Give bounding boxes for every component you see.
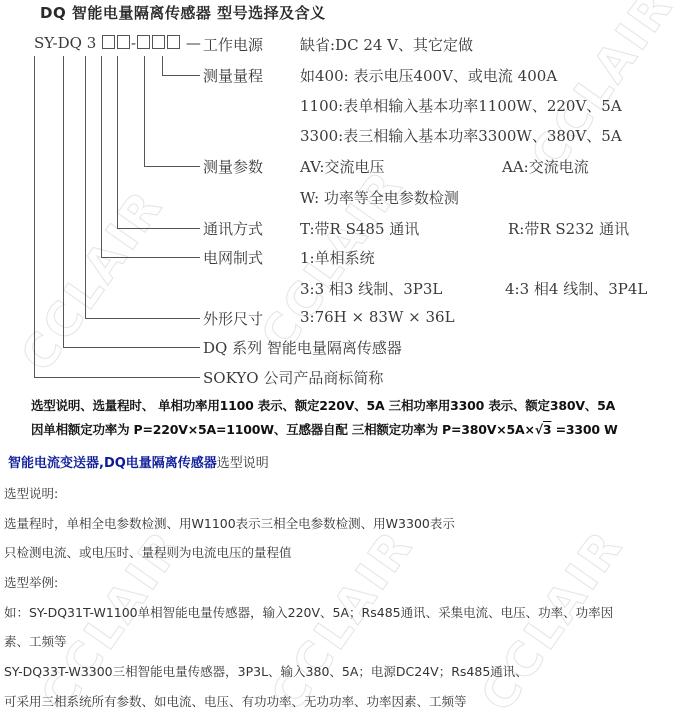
row-params-aa: AA:交流电流 [502,156,589,177]
row-comm-t: T:带R S485 通讯 [300,218,419,239]
placeholder-box [167,35,180,49]
note-line-2-end: =3300 W [551,422,617,437]
note-line-2: 因单相额定功率为 P=220V×5A=1100W、互感器自配 三相额定功率为 P… [31,420,618,438]
row-range-1100: 1100:表单相输入基本功率1100W、220V、5A [300,95,622,116]
row-range-value: 如400: 表示电压400V、或电流 400A [300,65,557,86]
watermark: CCLAIR [520,0,684,181]
row-comm-label: 通讯方式 [203,218,263,239]
row-grid-label: 电网制式 [203,247,263,268]
tree-line [85,56,86,318]
tree-line [63,56,64,347]
paragraph: 只检测电流、或电压时、量程则为电流电压的量程值 [4,543,292,561]
tree-line [144,166,200,167]
row-params-av: AV:交流电压 [300,156,384,177]
diagram-title: DQ 智能电量隔离传感器 型号选择及含义 [40,2,326,23]
paragraph: 可采用三相系统所有参数、如电流、电压、有功功率、无功功率、功率因素、工频等 [4,692,467,710]
placeholder-box [117,35,130,49]
placeholder-box [152,35,165,49]
row-range-label: 测量量程 [203,65,263,86]
row-comm-r: R:带R S232 通讯 [508,218,629,239]
placeholder-box [137,35,150,49]
note-line-2-text: 因单相额定功率为 P=220V×5A=1100W、互感器自配 三相额定功率为 P… [31,422,535,437]
row-power-value: 缺省:DC 24 V、其它定做 [300,34,473,55]
row-size-label: 外形尺寸 [203,308,263,329]
row-params-label: 测量参数 [203,156,263,177]
model-dash: - [131,34,136,52]
paragraph: SY-DQ33T-W3300三相智能电量传感器，3P3L、输入380、5A；电源… [4,662,528,680]
row-params-w: W: 功率等全电参数检测 [300,187,459,208]
model-code: SY-DQ 3 - — [34,34,201,52]
placeholder-box [102,35,115,49]
paragraph: 选型举例: [4,573,58,591]
section-title-plain: 选型说明 [217,456,269,471]
paragraph: 选型说明: [4,484,58,502]
paragraph: 素、工频等 [4,632,67,650]
row-power-label: 工作电源 [203,34,263,55]
row-range-3300: 3300:表三相输入基本功率3300W、380V、5A [300,125,622,146]
tree-line [34,377,200,378]
paragraph: 如：SY-DQ31T-W1100单相智能电量传感器，输入220V、5A；Rs48… [4,603,613,621]
tree-line [162,56,163,75]
row-grid-3: 3:3 相3 线制、3P3L [300,278,442,299]
section-title-bold: 智能电流变送器,DQ电量隔离传感器 [8,456,217,471]
row-series: DQ 系列 智能电量隔离传感器 [203,337,402,358]
tree-line [144,56,145,166]
model-prefix: SY-DQ 3 [34,34,96,52]
sqrt-symbol: √ [535,422,543,437]
tree-line [34,56,35,377]
tree-line [117,228,200,229]
tree-line [85,318,200,319]
tree-line [101,257,200,258]
tree-line [63,347,200,348]
row-size-value: 3:76H × 83W × 36L [300,308,455,326]
tree-line [162,75,200,76]
model-tail-dash: — [186,34,201,52]
section-title: 智能电流变送器,DQ电量隔离传感器选型说明 [8,452,269,471]
tree-line [101,56,102,257]
tree-line [117,56,118,228]
row-grid-1: 1:单相系统 [300,247,375,268]
row-brand: SOKYO 公司产品商标简称 [203,367,383,388]
paragraph: 选量程时，单相全电参数检测、用W1100表示三相全电参数检测、用W3300表示 [4,514,455,532]
row-grid-4: 4:3 相4 线制、3P4L [505,278,647,299]
note-line-1: 选型说明、选量程时、 单相功率用1100 表示、额定220V、5A 三相功率用3… [31,396,615,414]
